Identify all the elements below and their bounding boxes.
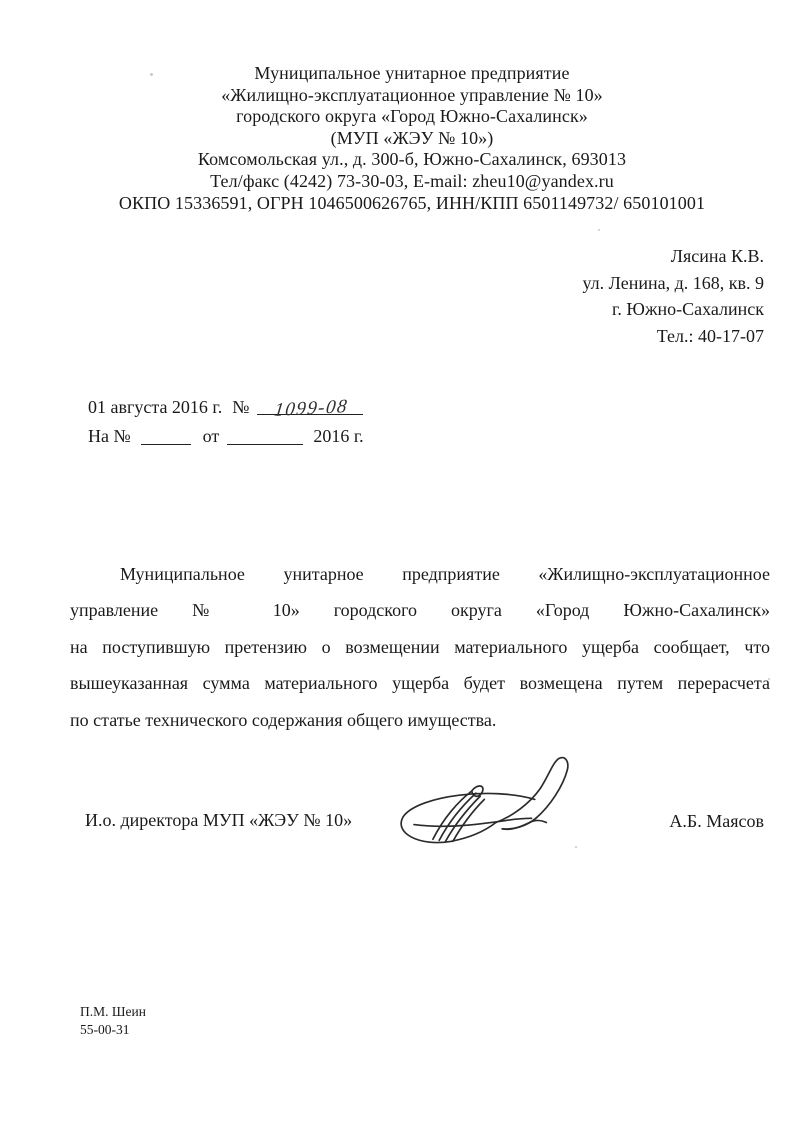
scan-speck [575, 846, 577, 848]
recipient-name: Лясина К.В. [582, 243, 764, 270]
ref-reply-from-label: от [203, 426, 220, 446]
body-line: вышеуказанная сумма материального ущерба… [70, 665, 770, 701]
body-paragraph: Муниципальное унитарное предприятие «Жил… [70, 556, 770, 738]
scan-speck [598, 229, 600, 231]
ref-row-incoming: На №от2016 г. [88, 422, 364, 451]
scan-speck [768, 678, 770, 680]
letterhead-line: (МУП «ЖЭУ № 10») [52, 128, 772, 150]
letterhead-line: «Жилищно-эксплуатационное управление № 1… [52, 85, 772, 107]
signer-name: А.Б. Маясов [669, 811, 764, 832]
recipient-street: ул. Ленина, д. 168, кв. 9 [582, 270, 764, 297]
letterhead: Муниципальное унитарное предприятие «Жил… [52, 63, 772, 214]
recipient-block: Лясина К.В. ул. Ленина, д. 168, кв. 9 г.… [582, 243, 764, 349]
letterhead-line-codes: ОКПО 15336591, ОГРН 1046500626765, ИНН/К… [52, 193, 772, 215]
ref-number-line: 1099-08 [257, 396, 363, 415]
letterhead-line-address: Комсомольская ул., д. 300-б, Южно-Сахали… [52, 149, 772, 171]
signer-position-title: И.о. директора МУП «ЖЭУ № 10» [85, 810, 352, 831]
ref-reply-number-line [141, 426, 191, 445]
body-line: по статье технического содержания общего… [70, 702, 770, 738]
signature-icon [372, 749, 582, 854]
executor-name: П.М. Шеин [80, 1003, 146, 1021]
scan-speck [150, 73, 153, 76]
letterhead-line: Муниципальное унитарное предприятие [52, 63, 772, 85]
ref-reply-date-line [227, 426, 303, 445]
body-line: управление № 10» городского округа «Горо… [70, 592, 770, 628]
ref-date: 01 августа 2016 г. [88, 397, 222, 417]
body-line: на поступившую претензию о возмещении ма… [70, 629, 770, 665]
ref-reply-prefix: На № [88, 426, 131, 446]
ref-reply-year: 2016 г. [313, 426, 363, 446]
recipient-city: г. Южно-Сахалинск [582, 296, 764, 323]
ref-number-handwritten: 1099-08 [272, 392, 349, 425]
body-line: Муниципальное унитарное предприятие «Жил… [70, 556, 770, 592]
ref-number-label: № [232, 397, 249, 417]
letterhead-line-contacts: Тел/факс (4242) 73-30-03, E-mail: zheu10… [52, 171, 772, 193]
executor-block: П.М. Шеин 55-00-31 [80, 1003, 146, 1038]
ref-row-outgoing: 01 августа 2016 г.№1099-08 [88, 393, 364, 422]
recipient-phone: Тел.: 40-17-07 [582, 323, 764, 350]
reference-block: 01 августа 2016 г.№1099-08 На №от2016 г. [88, 393, 364, 451]
executor-phone: 55-00-31 [80, 1021, 146, 1039]
scanned-letter-page: Муниципальное унитарное предприятие «Жил… [0, 0, 800, 1132]
letterhead-line: городского округа «Город Южно-Сахалинск» [52, 106, 772, 128]
